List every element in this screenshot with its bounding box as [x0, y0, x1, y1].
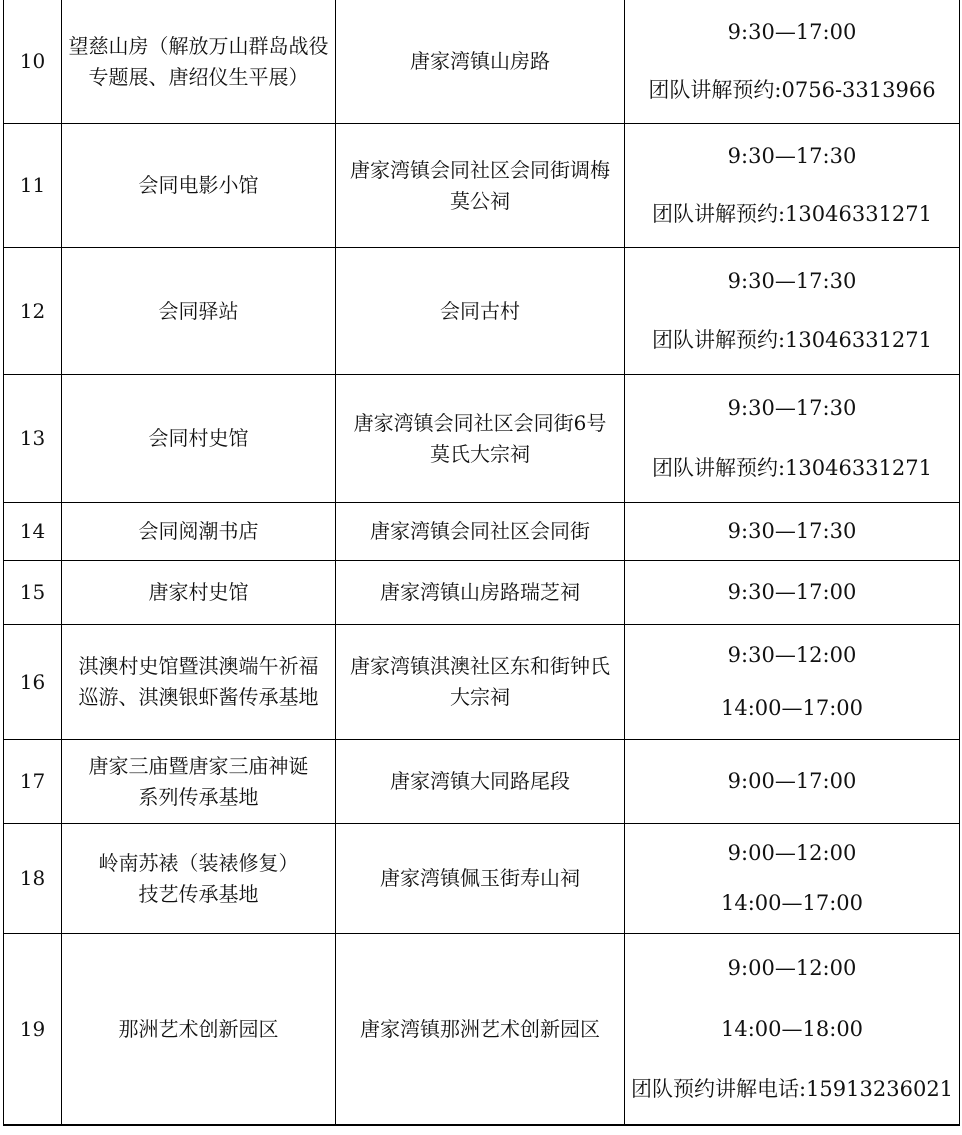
row-number: 18 [4, 824, 62, 933]
venue-address: 唐家湾镇山房路 [336, 0, 625, 123]
row-number: 11 [4, 124, 62, 247]
hours-line: 9:30—17:30 [728, 265, 857, 298]
table-row: 12 会同驿站 会同古村 9:30—17:30团队讲解预约:1304633127… [4, 248, 959, 375]
row-number: 10 [4, 0, 62, 123]
venue-name: 唐家村史馆 [62, 561, 336, 624]
table-row: 17 唐家三庙暨唐家三庙神诞 系列传承基地 唐家湾镇大同路尾段 9:00—17:… [4, 740, 959, 824]
venue-name: 望慈山房（解放万山群岛战役 专题展、唐绍仪生平展） [62, 0, 336, 123]
table-row: 19 那洲艺术创新园区 唐家湾镇那洲艺术创新园区 9:00—12:0014:00… [4, 934, 959, 1124]
row-number: 19 [4, 934, 62, 1124]
venue-name: 会同驿站 [62, 248, 336, 374]
hours-line: 14:00—17:00 [721, 887, 863, 920]
hours-line: 9:30—17:30 [728, 140, 857, 173]
venue-address: 唐家湾镇那洲艺术创新园区 [336, 934, 625, 1124]
venue-hours: 9:30—17:00 [625, 561, 959, 624]
venue-hours: 9:30—17:30团队讲解预约:13046331271 [625, 375, 959, 502]
venue-hours: 9:30—12:0014:00—17:00 [625, 625, 959, 739]
venue-address: 唐家湾镇山房路瑞芝祠 [336, 561, 625, 624]
hours-line: 14:00—18:00 [721, 1013, 863, 1046]
hours-line: 团队预约讲解电话:15913236021 [631, 1073, 953, 1106]
row-number: 13 [4, 375, 62, 502]
venue-hours: 9:00—12:0014:00—18:00团队预约讲解电话:1591323602… [625, 934, 959, 1124]
venue-hours: 9:30—17:00团队讲解预约:0756-3313966 [625, 0, 959, 123]
row-number: 14 [4, 503, 62, 560]
row-number: 12 [4, 248, 62, 374]
venue-address: 唐家湾镇会同社区会同街 [336, 503, 625, 560]
venue-name: 唐家三庙暨唐家三庙神诞 系列传承基地 [62, 740, 336, 823]
hours-line: 9:00—12:00 [728, 952, 857, 985]
table-row: 10 望慈山房（解放万山群岛战役 专题展、唐绍仪生平展） 唐家湾镇山房路 9:3… [4, 0, 959, 124]
hours-line: 团队讲解预约:13046331271 [652, 324, 932, 357]
hours-line: 9:30—17:30 [728, 515, 857, 548]
venue-name: 岭南苏裱（装裱修复） 技艺传承基地 [62, 824, 336, 933]
row-number: 15 [4, 561, 62, 624]
hours-line: 14:00—17:00 [721, 692, 863, 725]
venue-address: 唐家湾镇淇澳社区东和街钟氏 大宗祠 [336, 625, 625, 739]
table-row: 18 岭南苏裱（装裱修复） 技艺传承基地 唐家湾镇佩玉街寿山祠 9:00—12:… [4, 824, 959, 934]
hours-line: 团队讲解预约:0756-3313966 [648, 74, 935, 107]
venue-address: 唐家湾镇佩玉街寿山祠 [336, 824, 625, 933]
venues-table: 10 望慈山房（解放万山群岛战役 专题展、唐绍仪生平展） 唐家湾镇山房路 9:3… [3, 0, 960, 1126]
hours-line: 9:30—17:30 [728, 392, 857, 425]
venue-name: 会同村史馆 [62, 375, 336, 502]
page: 10 望慈山房（解放万山群岛战役 专题展、唐绍仪生平展） 唐家湾镇山房路 9:3… [0, 0, 962, 1135]
venue-hours: 9:00—17:00 [625, 740, 959, 823]
hours-line: 9:30—17:00 [728, 16, 857, 49]
venue-hours: 9:30—17:30团队讲解预约:13046331271 [625, 124, 959, 247]
venue-address: 唐家湾镇会同社区会同街调梅 莫公祠 [336, 124, 625, 247]
venue-name: 那洲艺术创新园区 [62, 934, 336, 1124]
hours-line: 9:00—17:00 [728, 765, 857, 798]
row-number: 16 [4, 625, 62, 739]
table-row: 13 会同村史馆 唐家湾镇会同社区会同街6号 莫氏大宗祠 9:30—17:30团… [4, 375, 959, 503]
table-row: 15 唐家村史馆 唐家湾镇山房路瑞芝祠 9:30—17:00 [4, 561, 959, 625]
venue-name: 会同阅潮书店 [62, 503, 336, 560]
hours-line: 团队讲解预约:13046331271 [652, 452, 932, 485]
row-number: 17 [4, 740, 62, 823]
venue-hours: 9:30—17:30团队讲解预约:13046331271 [625, 248, 959, 374]
hours-line: 9:30—17:00 [728, 576, 857, 609]
venue-address: 唐家湾镇会同社区会同街6号 莫氏大宗祠 [336, 375, 625, 502]
venue-name: 淇澳村史馆暨淇澳端午祈福 巡游、淇澳银虾酱传承基地 [62, 625, 336, 739]
hours-line: 9:00—12:00 [728, 837, 857, 870]
table-row: 14 会同阅潮书店 唐家湾镇会同社区会同街 9:30—17:30 [4, 503, 959, 561]
hours-line: 团队讲解预约:13046331271 [652, 198, 932, 231]
table-row: 11 会同电影小馆 唐家湾镇会同社区会同街调梅 莫公祠 9:30—17:30团队… [4, 124, 959, 248]
table-row: 16 淇澳村史馆暨淇澳端午祈福 巡游、淇澳银虾酱传承基地 唐家湾镇淇澳社区东和街… [4, 625, 959, 740]
hours-line: 9:30—12:00 [728, 639, 857, 672]
venue-hours: 9:00—12:0014:00—17:00 [625, 824, 959, 933]
venue-name: 会同电影小馆 [62, 124, 336, 247]
venue-hours: 9:30—17:30 [625, 503, 959, 560]
venue-address: 会同古村 [336, 248, 625, 374]
venue-address: 唐家湾镇大同路尾段 [336, 740, 625, 823]
